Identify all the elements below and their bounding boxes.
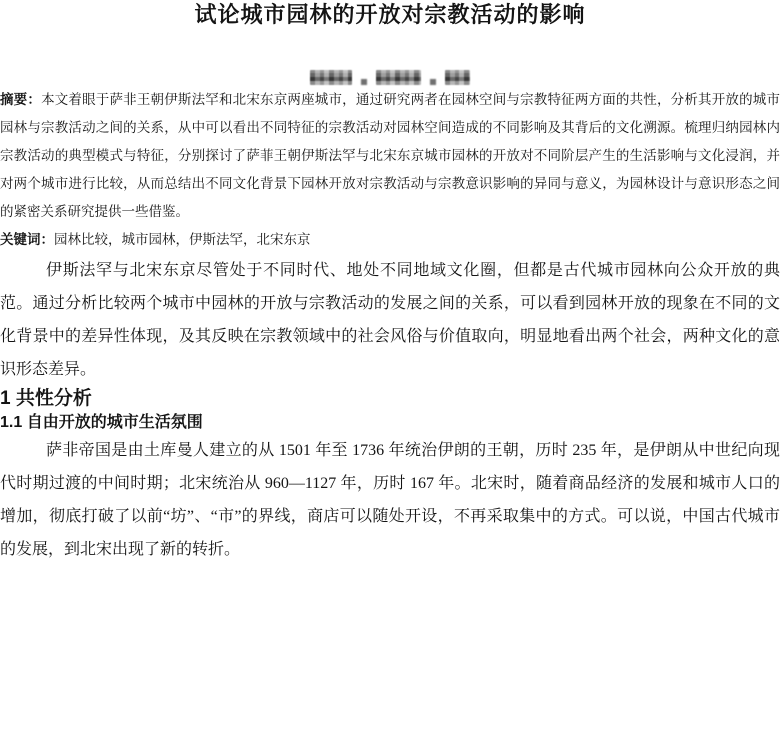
keywords-line: 关键词：园林比较，城市园林，伊斯法罕，北宋东京 [0,226,780,254]
author-separator-1 [361,79,367,85]
keywords-text: 园林比较，城市园林，伊斯法罕，北宋东京 [54,232,311,248]
paper-title: 试论城市园林的开放对宗教活动的影响 [0,0,780,30]
abstract-paragraph: 摘要：本文着眼于萨非王朝伊斯法罕和北宋东京两座城市，通过研究两者在园林空间与宗教… [0,86,780,226]
section-subheading-1-1: 1.1 自由开放的城市生活氛围 [0,412,780,434]
section-heading-1: 1 共性分析 [0,386,780,412]
section-1-1-paragraph: 萨非帝国是由土库曼人建立的从 1501 年至 1736 年统治伊朗的王朝，历时 … [0,434,780,566]
abstract-label: 摘要： [0,92,41,108]
abstract-text: 本文着眼于萨非王朝伊斯法罕和北宋东京两座城市，通过研究两者在园林空间与宗教特征两… [0,92,780,220]
intro-paragraph: 伊斯法罕与北宋东京尽管处于不同时代、地处不同地域文化圈，但都是古代城市园林向公众… [0,254,780,386]
document-page: 试论城市园林的开放对宗教活动的影响 摘要：本文着眼于萨非王朝伊斯法罕和北宋东京两… [0,0,780,736]
keywords-label: 关键词： [0,232,54,248]
author-redacted-block-3 [445,70,470,85]
author-line [0,70,780,86]
author-redacted-block-2 [376,70,421,85]
author-separator-2 [430,79,436,85]
author-redacted-block-1 [310,70,352,85]
